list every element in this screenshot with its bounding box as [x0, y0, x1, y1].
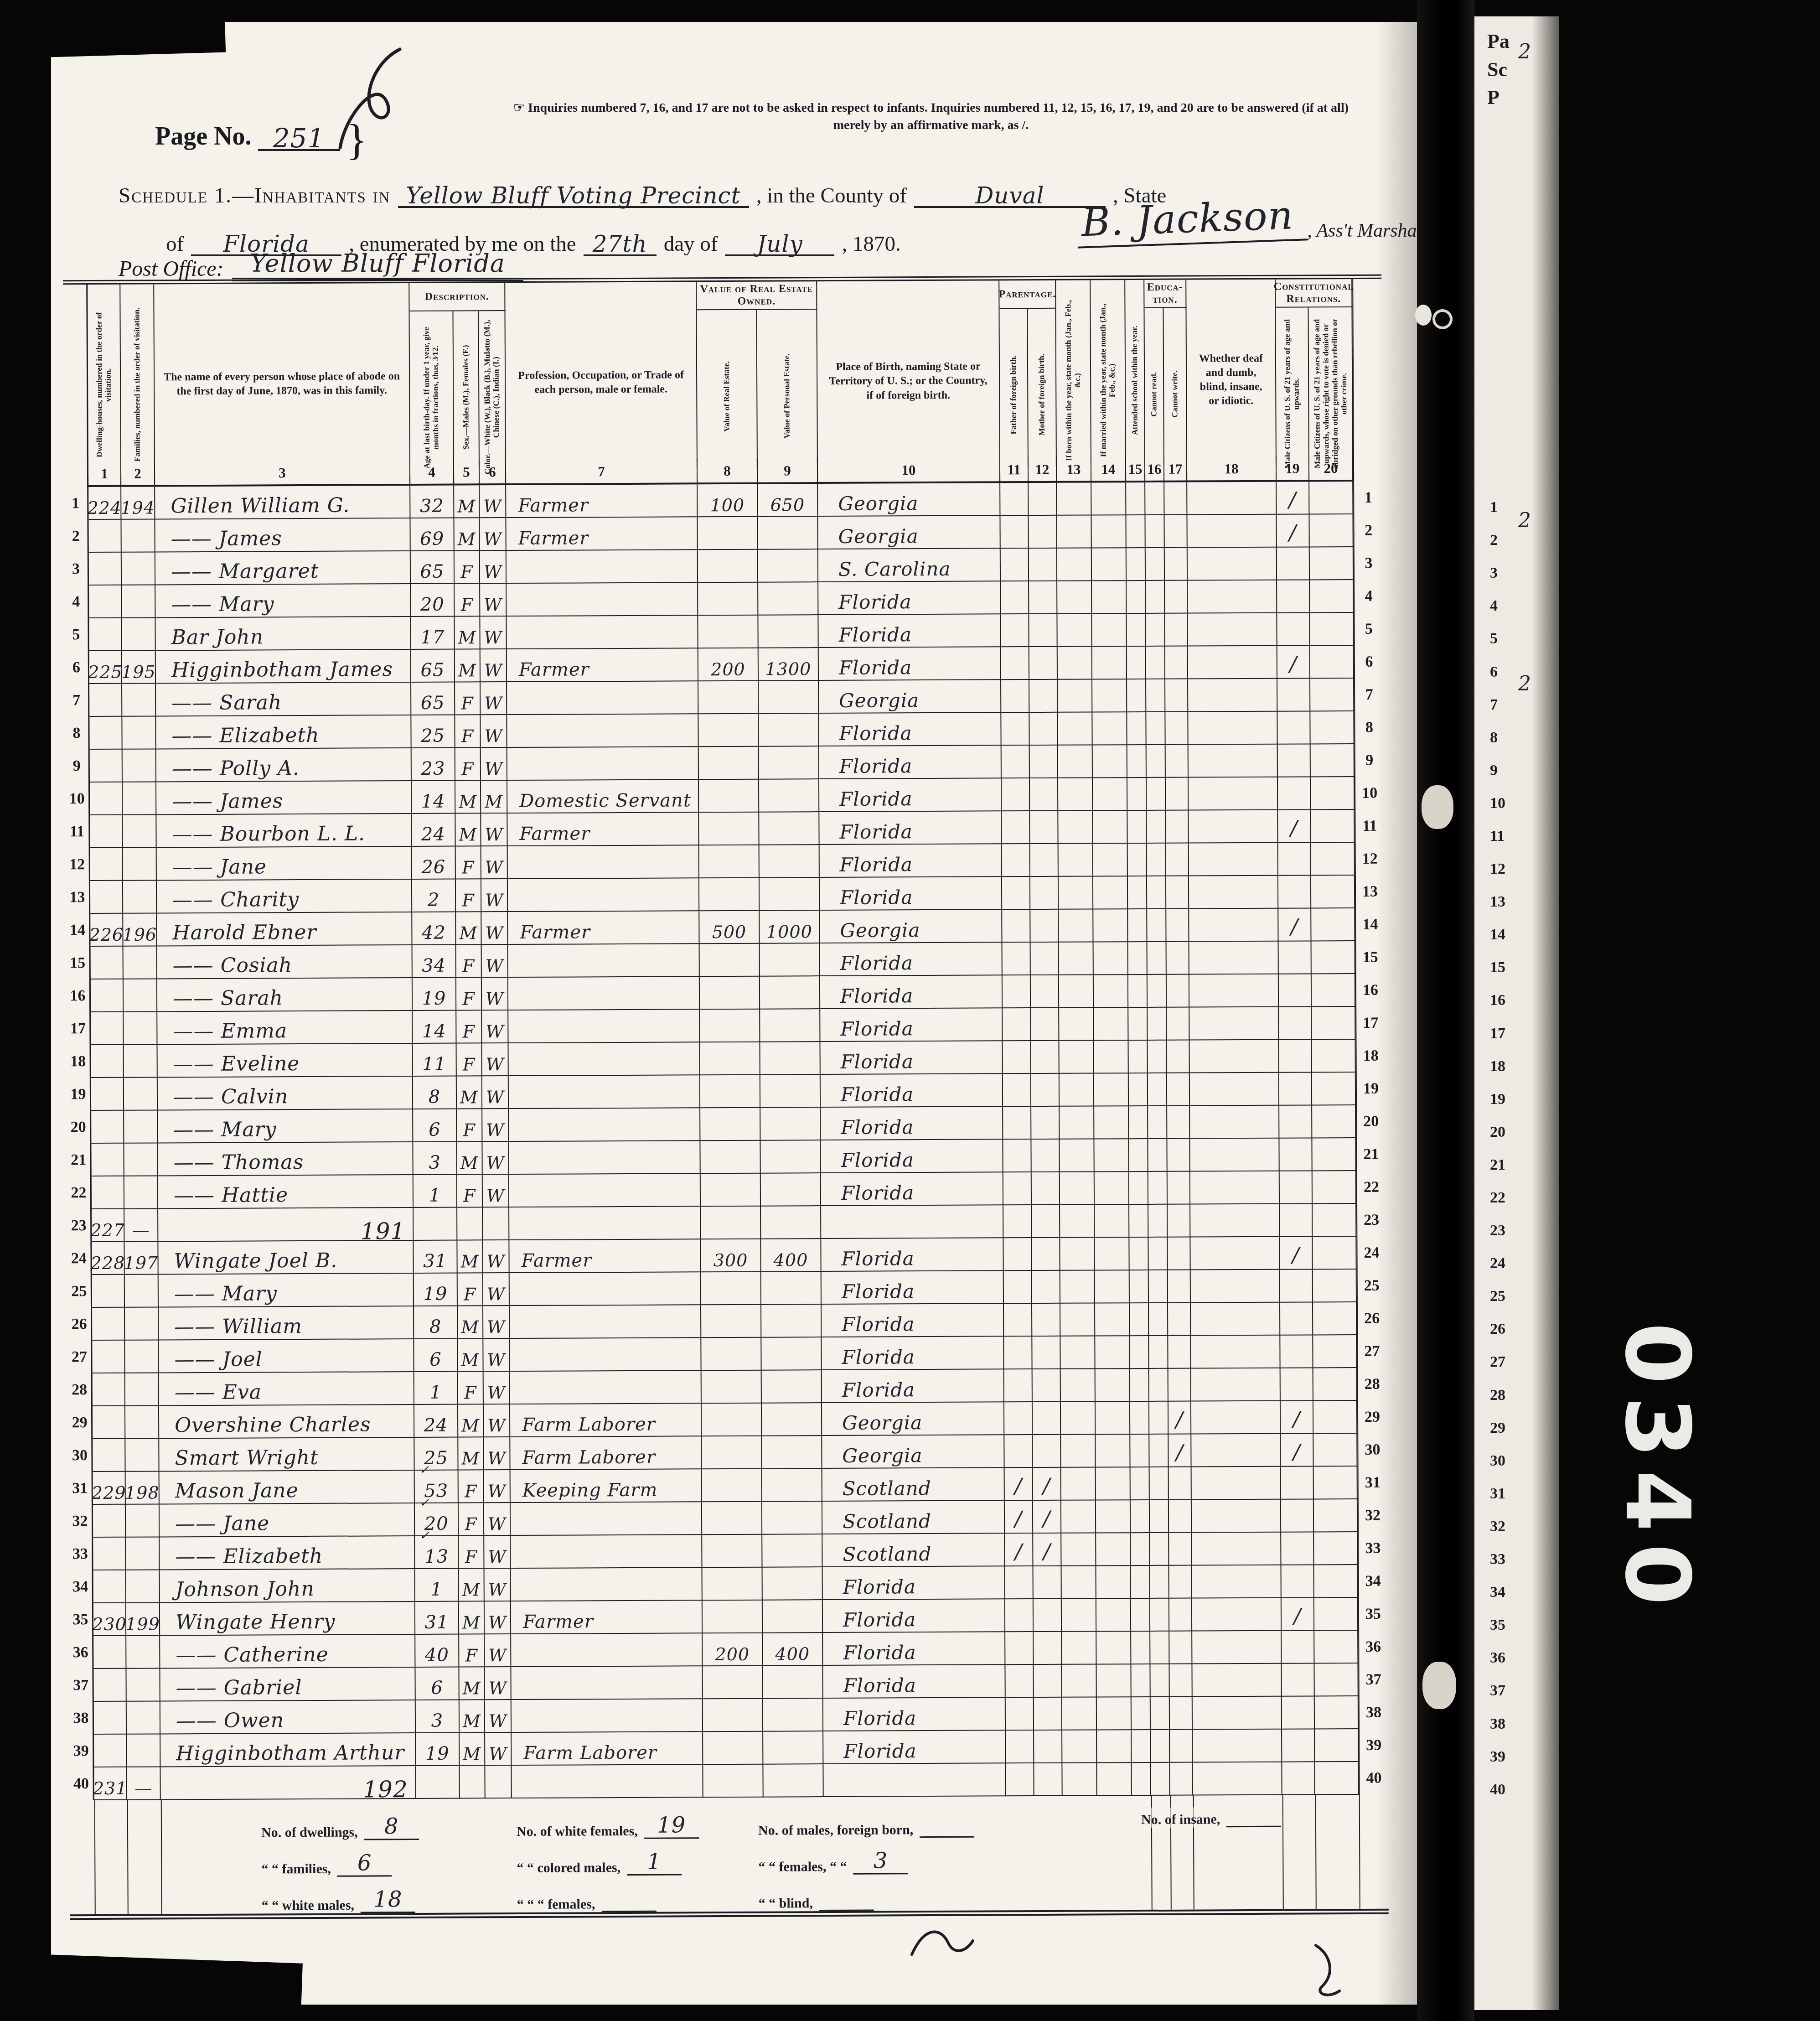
- mother-foreign-mark-cell: [1031, 1041, 1059, 1074]
- birthplace-cell: Florida: [820, 1041, 1003, 1075]
- vote-denied-mark-cell: [1312, 1105, 1356, 1138]
- cannot-read-cell: [1146, 614, 1165, 647]
- real-estate-cell: [700, 1108, 760, 1141]
- total-item: “ “ colored males,1: [517, 1855, 758, 1876]
- mother-foreign-mark-cell: [1033, 1369, 1061, 1402]
- father-foreign-mark-cell: [1006, 1763, 1034, 1796]
- adjacent-page-row-number: 9: [1490, 754, 1505, 787]
- family-number-cell: [123, 815, 156, 848]
- personal-estate-cell: 400: [761, 1239, 821, 1272]
- real-estate-cell: [703, 1568, 763, 1601]
- table-row: 23 227 — 191 23: [67, 1204, 1386, 1243]
- dwelling-number-cell: [92, 1176, 124, 1209]
- occupation-cell: [507, 616, 698, 649]
- birthplace-cell: Scotland: [822, 1468, 1005, 1502]
- personal-estate-cell: [763, 1666, 823, 1699]
- occupation-cell: Farmer: [509, 1239, 701, 1273]
- adjacent-page-row-number: 19: [1490, 1083, 1505, 1116]
- dwelling-number-cell: [94, 1735, 127, 1767]
- male-citizen-mark-cell: /: [1277, 514, 1309, 547]
- row-number-right: 33: [1358, 1532, 1387, 1565]
- table-row: 35 230 199 Wingate Henry 31 M W Farmer F…: [69, 1598, 1387, 1637]
- personal-estate-cell: [760, 1108, 821, 1141]
- birthplace-cell: Florida: [820, 844, 1002, 878]
- born-month-cell: [1062, 1664, 1096, 1697]
- total-value: 6: [357, 1850, 372, 1876]
- color-cell: W: [482, 1010, 508, 1043]
- deaf-dumb-cell: [1191, 1336, 1280, 1369]
- row-number-right: 14: [1355, 908, 1384, 941]
- personal-estate-cell: [758, 582, 818, 616]
- table-row: 39 Higginbotham Arthur 19 M W Farm Labor…: [69, 1729, 1388, 1768]
- adjacent-page-row-number: 26: [1490, 1313, 1505, 1346]
- married-month-cell: [1097, 1763, 1132, 1796]
- father-foreign-mark-cell: [1006, 1731, 1034, 1763]
- name-cell: —— Sarah: [157, 978, 413, 1012]
- column-number-17: 17: [1164, 457, 1187, 482]
- sex-cell: F: [457, 1109, 482, 1142]
- real-estate-cell: [701, 1174, 761, 1207]
- adjacent-page-row-number: 8: [1490, 721, 1505, 754]
- row-number-right: 9: [1355, 744, 1384, 777]
- row-number-right: 23: [1356, 1204, 1386, 1237]
- color-cell: W: [482, 1043, 508, 1076]
- color-cell: W: [480, 551, 507, 584]
- dwelling-number-cell: [91, 1111, 124, 1144]
- cannot-read-cell: [1150, 1533, 1169, 1566]
- mother-foreign-mark-cell: [1031, 1107, 1060, 1140]
- sex-cell: M: [457, 1142, 482, 1175]
- color-cell: W: [481, 682, 507, 715]
- row-number-right: 17: [1355, 1007, 1385, 1040]
- occupation-cell: [508, 1010, 700, 1043]
- col-header-17: Cannot write.: [1163, 308, 1187, 482]
- father-foreign-mark-cell: [1004, 1402, 1033, 1435]
- sex-cell: M: [459, 1569, 485, 1601]
- birthplace-cell: Florida: [821, 1140, 1003, 1173]
- adjacent-page-row-number: 6: [1490, 655, 1505, 688]
- deaf-dumb-cell: [1189, 876, 1278, 909]
- birthplace-cell: S. Carolina: [818, 549, 1001, 582]
- married-month-cell: [1095, 1205, 1129, 1238]
- adjacent-page-row-number: 39: [1490, 1741, 1505, 1773]
- table-row: 40 231 — 192 40: [69, 1762, 1388, 1801]
- age-cell: 65: [411, 683, 455, 715]
- day-blank: 27th: [584, 228, 657, 256]
- vote-denied-mark-cell: [1309, 514, 1353, 547]
- cannot-write-cell: [1169, 1632, 1192, 1664]
- birthplace-cell: Florida: [823, 1665, 1005, 1699]
- mother-foreign-mark-cell: [1033, 1435, 1061, 1468]
- name-cell: —— Jane: [157, 847, 412, 881]
- row-number-right: 31: [1358, 1467, 1387, 1499]
- row-number-right: 7: [1354, 679, 1383, 711]
- total-item: “ “ families,6: [261, 1856, 517, 1877]
- attended-school-cell: [1126, 515, 1145, 548]
- married-month-cell: [1094, 1139, 1129, 1172]
- month-value: July: [749, 231, 811, 257]
- col-header-19: Male Citizens of U. S. of 21 years of ag…: [1276, 307, 1309, 481]
- married-month-cell: [1094, 975, 1128, 1008]
- occupation-cell: Farm Laborer: [512, 1732, 703, 1766]
- adjacent-page-row-number: 37: [1490, 1674, 1505, 1707]
- color-cell: W: [481, 912, 508, 945]
- father-foreign-mark-cell: [1002, 844, 1030, 877]
- mother-foreign-mark-cell: [1031, 1074, 1060, 1107]
- married-month-cell: [1096, 1533, 1131, 1566]
- cannot-write-cell: [1167, 1073, 1190, 1106]
- father-foreign-mark-cell: /: [1005, 1534, 1033, 1566]
- cannot-read-cell: [1148, 1172, 1168, 1205]
- attended-school-cell: [1130, 1270, 1149, 1303]
- sex-cell: F: [458, 1372, 484, 1404]
- cannot-read-cell: [1149, 1270, 1168, 1303]
- instructions-note: ☞ Inquiries numbered 7, 16, and 17 are n…: [398, 99, 1464, 134]
- page-number-label: Page No.: [155, 122, 252, 151]
- dwelling-number-cell: [93, 1406, 125, 1439]
- table-row: 27 —— Joel 6 M W Florida 27: [67, 1335, 1386, 1374]
- margin-spacer: [1353, 456, 1382, 482]
- name-cell: Overshine Charles: [159, 1405, 414, 1439]
- attended-school-cell: [1130, 1303, 1149, 1336]
- cannot-write-cell: [1165, 614, 1188, 647]
- real-estate-cell: [700, 944, 760, 977]
- attended-school-cell: [1127, 614, 1146, 647]
- deaf-dumb-cell: [1193, 1730, 1282, 1763]
- father-foreign-mark-cell: [1002, 910, 1030, 943]
- color-cell: W: [485, 1634, 511, 1667]
- row-number-right: 5: [1354, 613, 1383, 646]
- adjacent-page-row-number: 20: [1490, 1116, 1505, 1149]
- cannot-read-cell: [1146, 581, 1165, 614]
- col-header-7: Profession, Occupation, or Trade of each…: [505, 282, 698, 485]
- personal-estate-cell: [761, 1173, 821, 1207]
- cannot-write-cell: [1167, 942, 1189, 975]
- occupation-cell: [512, 1765, 703, 1798]
- family-number-cell: [123, 749, 156, 782]
- adjacent-page-row-number: 28: [1490, 1379, 1505, 1412]
- occupation-cell: [508, 878, 699, 912]
- dwelling-number-cell: [93, 1669, 126, 1702]
- adjacent-page-row-number: 16: [1490, 984, 1505, 1017]
- married-month-cell: [1096, 1664, 1131, 1697]
- personal-estate-cell: [758, 615, 818, 648]
- sex-cell: M: [460, 1733, 485, 1766]
- name-cell: —— Eveline: [157, 1044, 413, 1078]
- family-number-cell: [127, 1701, 160, 1734]
- table-row: 28 —— Eva 1 F W Florida 28: [68, 1368, 1386, 1407]
- row-number-right: 15: [1355, 941, 1385, 974]
- row-number-left: 10: [65, 782, 90, 815]
- married-month-cell: [1097, 1697, 1132, 1730]
- dwelling-number-cell: [93, 1439, 125, 1472]
- father-foreign-mark-cell: [1004, 1369, 1033, 1402]
- age-cell: 24: [414, 1405, 458, 1438]
- mother-foreign-mark-cell: [1034, 1698, 1062, 1731]
- married-month-cell: [1092, 712, 1127, 745]
- name-cell: —— Joel: [159, 1339, 414, 1373]
- row-number-left: 6: [65, 651, 89, 684]
- total-label: “ “ “ females,: [517, 1897, 595, 1912]
- married-month-cell: [1094, 1106, 1129, 1139]
- family-number-cell: [122, 552, 155, 585]
- cannot-write-cell: [1169, 1369, 1191, 1402]
- name-cell: —— Cosiah: [157, 945, 413, 979]
- occupation-cell: [511, 1535, 702, 1569]
- occupation-cell: Farm Laborer: [510, 1436, 702, 1470]
- mother-foreign-mark-cell: [1032, 1304, 1060, 1337]
- father-foreign-mark-cell: [1001, 647, 1029, 680]
- real-estate-cell: [702, 1469, 762, 1503]
- cannot-write-cell: [1165, 647, 1188, 679]
- total-label: “ “ white males,: [262, 1898, 354, 1914]
- mother-foreign-mark-cell: [1030, 746, 1058, 778]
- sex-cell: F: [456, 978, 482, 1010]
- name-cell: —— Hattie: [158, 1175, 414, 1209]
- vote-denied-mark-cell: [1315, 1696, 1359, 1729]
- family-number-cell: [125, 1275, 159, 1307]
- row-number-left: 12: [66, 848, 90, 881]
- personal-estate-cell: [763, 1567, 823, 1601]
- family-number-cell: [124, 1078, 158, 1110]
- cannot-write-cell: [1169, 1566, 1192, 1599]
- personal-estate-cell: [760, 976, 820, 1010]
- row-number-right: 1: [1353, 482, 1382, 514]
- adjacent-page-row-number: 25: [1490, 1280, 1505, 1313]
- adjacent-page-text-fragment: Sc: [1487, 56, 1510, 84]
- row-number-left: 37: [69, 1669, 93, 1702]
- cannot-read-cell: [1146, 647, 1165, 679]
- color-cell: W: [483, 1339, 510, 1372]
- born-month-cell: [1058, 712, 1092, 745]
- row-number-right: 37: [1358, 1663, 1387, 1696]
- personal-estate-cell: [759, 746, 819, 780]
- occupation-cell: [508, 977, 700, 1010]
- dwelling-number-cell: [91, 1078, 124, 1111]
- attended-school-cell: [1127, 745, 1147, 778]
- sex-cell: M: [458, 1339, 483, 1372]
- sex-cell: F: [455, 748, 481, 781]
- family-number-cell: [121, 519, 155, 552]
- vote-denied-mark-cell: [1311, 744, 1355, 777]
- deaf-dumb-cell: [1190, 1171, 1280, 1205]
- deaf-dumb-cell: [1189, 810, 1278, 844]
- sex-cell: M: [455, 649, 481, 682]
- mother-foreign-mark-cell: [1031, 975, 1059, 1008]
- row-number-left: 39: [69, 1735, 94, 1767]
- table-row: 1 224 194 Gillen William G. 32 M W Farme…: [64, 482, 1382, 520]
- attended-school-cell: [1132, 1697, 1151, 1730]
- family-number-cell: 196: [123, 913, 157, 946]
- row-number-left: 7: [65, 684, 89, 717]
- family-number-cell: —: [124, 1209, 158, 1242]
- adjacent-page-row-number: 35: [1490, 1609, 1505, 1642]
- family-number-cell: 199: [126, 1603, 160, 1636]
- sex-cell: M: [458, 1437, 484, 1470]
- age-cell: 69: [410, 518, 454, 551]
- sex-cell: F: [455, 682, 481, 715]
- real-estate-cell: [700, 1075, 760, 1109]
- name-cell: Harold Ebner: [157, 912, 412, 946]
- vote-denied-mark-cell: [1310, 711, 1354, 744]
- table-row: 34 Johnson John 1 M W Florida 34: [69, 1565, 1387, 1604]
- row-number-right: 36: [1358, 1631, 1387, 1663]
- census-scan: { "header": { "page_no_label": "Page No.…: [0, 0, 1820, 2021]
- color-cell: W: [482, 1076, 509, 1109]
- occupation-cell: [511, 1502, 702, 1536]
- male-citizen-mark-cell: [1277, 711, 1310, 744]
- born-month-cell: [1059, 975, 1094, 1008]
- father-foreign-mark-cell: [1005, 1665, 1034, 1698]
- birthplace-cell: Florida: [823, 1698, 1006, 1731]
- father-foreign-mark-cell: [1003, 1238, 1032, 1271]
- occupation-cell: Farmer: [508, 911, 699, 945]
- col-header-5: Sex.—Males (M.), Females (F.): [453, 311, 480, 485]
- cannot-read-cell: [1150, 1566, 1169, 1599]
- table-body: 1 224 194 Gillen William G. 32 M W Farme…: [64, 482, 1388, 1801]
- total-label: “ “ blind,: [759, 1896, 813, 1912]
- row-number-left: 9: [65, 750, 90, 782]
- color-cell: W: [484, 1503, 511, 1536]
- family-number-cell: [125, 1406, 159, 1439]
- real-estate-cell: [701, 1305, 761, 1338]
- cannot-read-cell: [1145, 515, 1164, 548]
- birthplace-cell: Florida: [823, 1566, 1005, 1600]
- sex-cell: M: [458, 1404, 484, 1437]
- father-foreign-mark-cell: [1003, 975, 1031, 1008]
- deaf-dumb-cell: [1189, 1007, 1279, 1041]
- attended-school-cell: [1131, 1599, 1150, 1632]
- family-number-cell: [122, 716, 156, 749]
- born-month-cell: [1057, 482, 1091, 515]
- married-month-cell: [1093, 844, 1128, 876]
- personal-estate-cell: [760, 1140, 821, 1174]
- vote-denied-mark-cell: [1314, 1663, 1358, 1696]
- deaf-dumb-cell: [1189, 974, 1279, 1008]
- male-citizen-mark-cell: [1279, 1040, 1312, 1073]
- father-foreign-mark-cell: [1000, 516, 1029, 549]
- mother-foreign-mark-cell: [1034, 1599, 1062, 1632]
- family-number-cell: [124, 1045, 157, 1078]
- born-month-cell: [1059, 909, 1093, 942]
- cannot-write-cell: [1168, 1172, 1190, 1205]
- sex-cell: M: [459, 1601, 485, 1634]
- page-number-blank: 251: [258, 118, 340, 151]
- adjacent-page-row-numbers: 1234567891011121314151617181920212223242…: [1490, 491, 1505, 1806]
- row-number-left: 4: [64, 586, 89, 618]
- birthplace-cell: Florida: [823, 1731, 1006, 1764]
- table-row: 19 —— Calvin 8 M W Florida 19: [67, 1073, 1385, 1111]
- real-estate-cell: [701, 1338, 761, 1371]
- personal-estate-cell: [762, 1403, 822, 1436]
- deaf-dumb-cell: [1189, 909, 1278, 942]
- personal-estate-cell: [758, 517, 818, 550]
- real-estate-cell: [698, 681, 759, 715]
- dwelling-number-cell: [89, 618, 122, 651]
- total-label: No. of white females,: [517, 1824, 638, 1840]
- totals-block: No. of dwellings,8No. of white females,1…: [261, 1801, 1050, 1914]
- cannot-read-cell: [1147, 778, 1166, 811]
- real-estate-cell: [703, 1765, 763, 1798]
- row-number-left: 40: [69, 1767, 94, 1800]
- adjacent-page-row-number: 17: [1490, 1017, 1505, 1050]
- total-blank: 6: [337, 1856, 392, 1877]
- age-cell: 65: [411, 551, 455, 584]
- cannot-write-cell: [1169, 1467, 1192, 1500]
- dwelling-number-cell: [89, 684, 122, 717]
- attended-school-cell: [1129, 1172, 1148, 1205]
- married-month-cell: [1093, 745, 1127, 778]
- deaf-dumb-cell: [1189, 942, 1279, 975]
- occupation-cell: [507, 583, 698, 617]
- total-item: No. of males, foreign born,: [758, 1817, 1050, 1839]
- color-cell: W: [485, 1700, 512, 1733]
- adjacent-page-ink-mark: 2: [1518, 509, 1531, 532]
- occupation-cell: [511, 1568, 703, 1601]
- birthplace-cell: Florida: [819, 811, 1002, 845]
- adjacent-page-row-number: 15: [1490, 951, 1505, 984]
- dwelling-number-cell: [93, 1373, 125, 1406]
- census-page: Page No. 251 } ☞ Inquiries numbered 7, 1…: [51, 22, 1417, 2005]
- age-cell: 6: [414, 1339, 458, 1372]
- totals-line: “ “ white males,18“ “ “ females,“ “ blin…: [261, 1874, 1050, 1914]
- row-number-left: 11: [65, 815, 90, 848]
- row-number-left: 31: [68, 1472, 93, 1505]
- age-cell: 8: [413, 1077, 457, 1109]
- real-estate-cell: [699, 878, 760, 912]
- adjacent-page-row-number: 18: [1490, 1050, 1505, 1083]
- row-number-right: 2: [1353, 514, 1382, 547]
- real-estate-cell: [698, 517, 758, 550]
- census-table: Dwelling-houses, numbered in the order o…: [63, 275, 1389, 1920]
- married-month-cell: [1092, 614, 1127, 647]
- table-row: 4 —— Mary 20 F W Florida 4: [64, 580, 1383, 619]
- row-number-right: 19: [1356, 1073, 1385, 1105]
- vote-denied-mark-cell: [1312, 974, 1355, 1007]
- color-cell: W: [480, 584, 507, 617]
- age-cell: 6: [413, 1109, 457, 1142]
- occupation-cell: Domestic Servant: [507, 780, 699, 814]
- cannot-write-cell: [1166, 745, 1189, 778]
- cannot-write-cell: [1167, 1041, 1189, 1073]
- color-cell: [483, 1207, 509, 1240]
- cannot-write-cell: [1167, 975, 1189, 1008]
- male-citizen-mark-cell: [1280, 1171, 1313, 1204]
- vote-denied-mark-cell: [1313, 1335, 1357, 1368]
- table-footer: No. of dwellings,8No. of white females,1…: [70, 1795, 1389, 1920]
- age-cell: 25: [411, 715, 455, 748]
- occupation-cell: [510, 1305, 701, 1339]
- attended-school-cell: [1129, 1238, 1148, 1270]
- cannot-write-cell: [1169, 1664, 1192, 1697]
- name-cell: —— Gabriel: [160, 1668, 415, 1701]
- mother-foreign-mark-cell: [1029, 713, 1058, 746]
- birthplace-cell: Florida: [820, 1008, 1003, 1042]
- column-number-10: 10: [818, 457, 1000, 484]
- table-row: 29 Overshine Charles 24 M W Farm Laborer…: [68, 1401, 1386, 1440]
- born-month-cell: [1057, 581, 1092, 614]
- occupation-cell: [507, 747, 699, 781]
- row-number-left: 33: [68, 1538, 93, 1570]
- male-citizen-mark-cell: [1279, 1138, 1312, 1171]
- totals-line: “ “ families,6“ “ colored males,1“ “ fem…: [261, 1837, 1050, 1877]
- cannot-read-cell: [1148, 1073, 1167, 1106]
- column-number-16: 16: [1145, 457, 1164, 482]
- occupation-cell: Farmer: [506, 484, 698, 518]
- deaf-dumb-cell: [1191, 1434, 1281, 1467]
- born-month-cell: [1059, 844, 1093, 876]
- total-value: 18: [373, 1886, 402, 1912]
